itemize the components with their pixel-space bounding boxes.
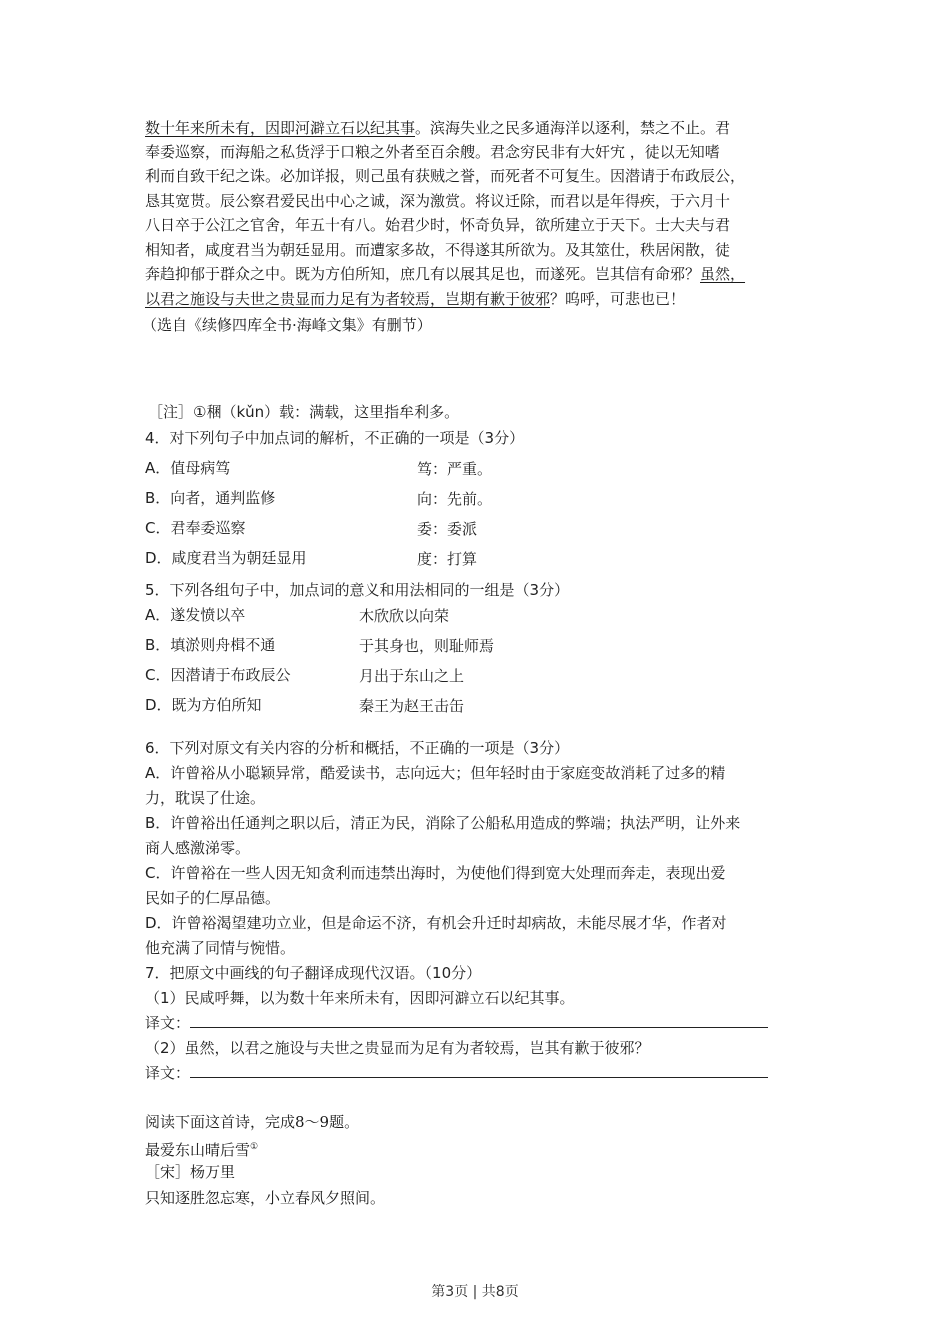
q5-option-d: D．既为方伯所知 <box>145 695 262 715</box>
q6-line-4: 商人感激涕零。 <box>145 838 250 858</box>
q7-sentence-1: （1）民咸呼舞，以为数十年来所未有，因即河澼立石以纪其事。 <box>145 988 575 1008</box>
q5-pair-d: 秦王为赵王击缶 <box>359 695 464 716</box>
underlined-sentence-1a: 数十年来所未有，因即河澼立石以纪其事 <box>145 119 415 137</box>
footnote: ［注］①稛（kǔn）载：满载，这里指牟利多。 <box>148 402 459 422</box>
q7-sentence-2: （2）虽然，以君之施设与夫世之贵显而为足有为者较焉，岂其有歉于彼邪？ <box>145 1038 650 1058</box>
q4-gloss-c: 委：委派 <box>417 518 477 539</box>
q6-stem: 6．下列对原文有关内容的分析和概括，不正确的一项是（3分） <box>145 738 569 758</box>
q5-stem: 5．下列各组句子中，加点词的意义和用法相同的一组是（3分） <box>145 580 569 600</box>
poem-title: 最爱东山晴后雪① <box>145 1137 258 1160</box>
q7-stem: 7．把原文中画线的句子翻译成现代汉语。（10分） <box>145 963 481 983</box>
passage-line-2: 奉委巡察，而海船之私货浮于口粮之外者至百余艘。君念穷民非有大奸宄 ，徒以无知嗜 <box>145 142 720 162</box>
q4-option-b: B．向者，通判监修 <box>145 488 275 508</box>
q7-answer-1: 译文： <box>145 1013 768 1033</box>
q6-line-7: D．许曾裕渴望建功立业，但是命运不济，有机会升迁时却病故，未能尽展才华，作者对 <box>145 913 727 933</box>
passage-line-7: 奔趋抑郁于群众之中。既为方伯所知，庶几有以展其足也，而遂死。岂其信有命邪？虽然， <box>145 264 745 284</box>
q4-gloss-b: 向：先前。 <box>417 488 492 509</box>
q6-line-3: B．许曾裕出任通判之职以后，清正为民，消除了公船私用造成的弊端；执法严明，让外来 <box>145 813 740 833</box>
q6-line-1: A．许曾裕从小聪颖异常，酷爱读书，志向远大；但年轻时由于家庭变故消耗了过多的精 <box>145 763 725 783</box>
answer-blank-2[interactable] <box>190 1063 768 1078</box>
q6-line-2: 力，耽误了仕途。 <box>145 788 265 808</box>
q4-gloss-d: 度：打算 <box>417 548 477 569</box>
q5-option-a: A．遂发愤以卒 <box>145 605 245 625</box>
answer-blank-1[interactable] <box>190 1013 768 1028</box>
q7-answer-2: 译文： <box>145 1063 768 1083</box>
page-number: 第3页 | 共8页 <box>0 1281 950 1301</box>
q6-line-6: 民如子的仁厚品德。 <box>145 888 280 908</box>
poem-line-1: 只知逐胜忽忘寒，小立春风夕照间。 <box>145 1188 385 1208</box>
q5-pair-a: 木欣欣以向荣 <box>359 605 449 626</box>
passage-line-5: 八日卒于公江之官舍，年五十有八。始君少时，怀奇负异，欲所建立于天下。士大夫与君 <box>145 215 730 235</box>
q4-gloss-a: 笃：严重。 <box>417 458 492 479</box>
underlined-sentence-2a: 虽然， <box>700 265 745 283</box>
passage-line-3: 利而自致干纪之诛。必加详报，则己虽有获贼之誉，而死者不可复生。因潜请于布政辰公， <box>145 166 745 186</box>
q6-line-8: 他充满了同情与惋惜。 <box>145 938 295 958</box>
q4-stem: 4．对下列句子中加点词的解析，不正确的一项是（3分） <box>145 428 524 448</box>
passage-line-4: 恳其宽贳。辰公察君爱民出中心之诚，深为激赏。将议迁除，而君以是年得疾，于六月十 <box>145 191 730 211</box>
q5-option-b: B．填淤则舟楫不通 <box>145 635 275 655</box>
passage-line-8: 以君之施设与夫世之贵显而力足有为者较焉，岂期有歉于彼邪？呜呼，可悲也已！ <box>145 289 685 309</box>
q5-option-c: C．因潜请于布政辰公 <box>145 665 290 685</box>
poem-author: ［宋］杨万里 <box>145 1162 235 1182</box>
q5-pair-c: 月出于东山之上 <box>359 665 464 686</box>
q6-line-5: C．许曾裕在一些人因无知贪利而违禁出海时，为使他们得到宽大处理而奔走，表现出爱 <box>145 863 725 883</box>
passage-line-6: 相知者，咸度君当为朝廷显用。而遭家多故，不得遂其所欲为。及其筮仕，秩居闲散，徒 <box>145 240 730 260</box>
q4-option-a: A．值母病笃 <box>145 458 230 478</box>
passage-line-1: 数十年来所未有，因即河澼立石以纪其事。滨海失业之民多通海洋以逐利，禁之不止。君 <box>145 118 730 138</box>
passage-source: （选自《续修四库全书·海峰文集》有删节） <box>142 315 432 335</box>
q4-option-d: D．咸度君当为朝廷显用 <box>145 548 307 568</box>
q4-option-c: C．君奉委巡察 <box>145 518 245 538</box>
poem-footnote-marker: ① <box>250 1142 258 1152</box>
q5-pair-b: 于其身也，则耻师焉 <box>359 635 494 656</box>
underlined-sentence-2b: 以君之施设与夫世之贵显而力足有为者较焉，岂期有歉于彼邪 <box>145 290 550 308</box>
poem-intro: 阅读下面这首诗，完成8～9题。 <box>145 1112 359 1132</box>
